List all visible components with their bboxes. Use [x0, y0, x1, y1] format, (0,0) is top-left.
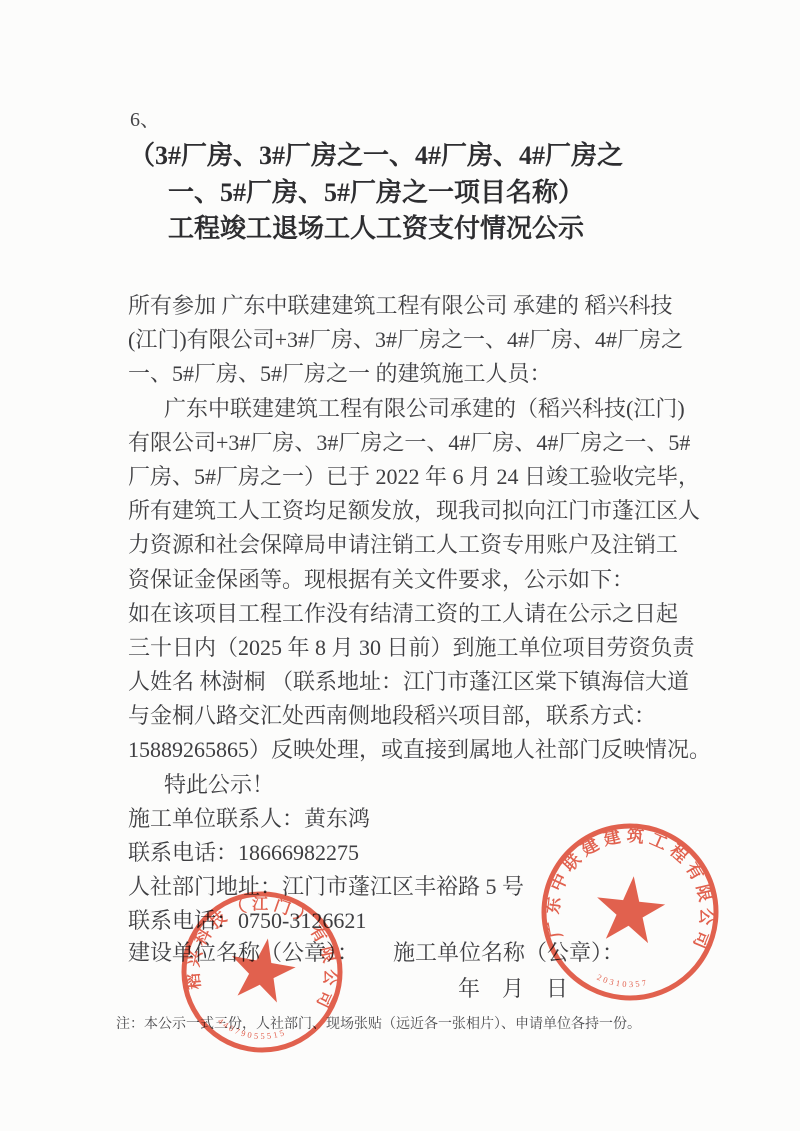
body-line: 如在该项目工程工作没有结清工资的工人请在公示之日起	[128, 597, 680, 631]
title-line-2: 一、5#厂房、5#厂房之一项目名称）	[76, 175, 676, 212]
date-line: 年 月 日	[458, 972, 568, 1003]
body-line: (江门)有限公司+3#厂房、3#厂房之一、4#厂房、4#厂房之	[128, 323, 680, 357]
body-line: 15889265865）反映处理，或直接到属地人社部门反映情况。	[128, 733, 680, 767]
document-page: 6、 （3#厂房、3#厂房之一、4#厂房、4#厂房之 一、5#厂房、5#厂房之一…	[0, 0, 800, 1131]
body-line: 联系电话：0750-3126621	[128, 904, 680, 938]
body-line: 特此公示！	[128, 768, 680, 802]
svg-text:20310357: 20310357	[595, 971, 651, 991]
title-line-1: （3#厂房、3#厂房之一、4#厂房、4#厂房之	[76, 138, 676, 175]
title-line-3: 工程竣工退场工人工资支付情况公示	[76, 211, 676, 248]
body-line: 所有参加 广东中联建建筑工程有限公司 承建的 稻兴科技	[128, 289, 680, 323]
contractor-unit-seal-label: 施工单位名称（公章）：	[393, 936, 624, 967]
body-line: 施工单位联系人：黄东鸿	[128, 802, 680, 836]
body-line: 一、5#厂房、5#厂房之一 的建筑施工人员：	[128, 357, 680, 391]
body-line: 力资源和社会保障局申请注销工人工资专用账户及注销工	[128, 528, 680, 562]
body-line: 人姓名 林澍桐 （联系地址：江门市蓬江区棠下镇海信大道	[128, 665, 680, 699]
body-line: 资保证金保函等。现根据有关文件要求，公示如下：	[128, 563, 680, 597]
body-line: 有限公司+3#厂房、3#厂房之一、4#厂房、4#厂房之一、5#	[128, 426, 680, 460]
body-text: 所有参加 广东中联建建筑工程有限公司 承建的 稻兴科技(江门)有限公司+3#厂房…	[128, 289, 680, 939]
body-line: 厂房、5#厂房之一）已于 2022 年 6 月 24 日竣工验收完毕，	[128, 460, 680, 494]
body-line: 联系电话：18666982275	[128, 836, 680, 870]
construction-unit-seal-label: 建设单位名称（公章）：	[128, 936, 359, 967]
body-line: 三十日内（2025 年 8 月 30 日前）到施工单位项目劳资负责	[128, 631, 680, 665]
body-line: 人社部门地址：江门市蓬江区丰裕路 5 号	[128, 870, 680, 904]
body-line: 所有建筑工人工资均足额发放，现我司拟向江门市蓬江区人	[128, 494, 680, 528]
body-line: 广东中联建建筑工程有限公司承建的（稻兴科技(江门)	[128, 392, 680, 426]
document-title: （3#厂房、3#厂房之一、4#厂房、4#厂房之 一、5#厂房、5#厂房之一项目名…	[76, 138, 676, 248]
body-line: 与金桐八路交汇处西南侧地段稻兴项目部，联系方式：	[128, 699, 680, 733]
item-number: 6、	[130, 103, 160, 132]
footnote: 注：本公示一式三份，人社部门、现场张贴（远近各一张相片）、申请单位各持一份。	[116, 1013, 696, 1033]
